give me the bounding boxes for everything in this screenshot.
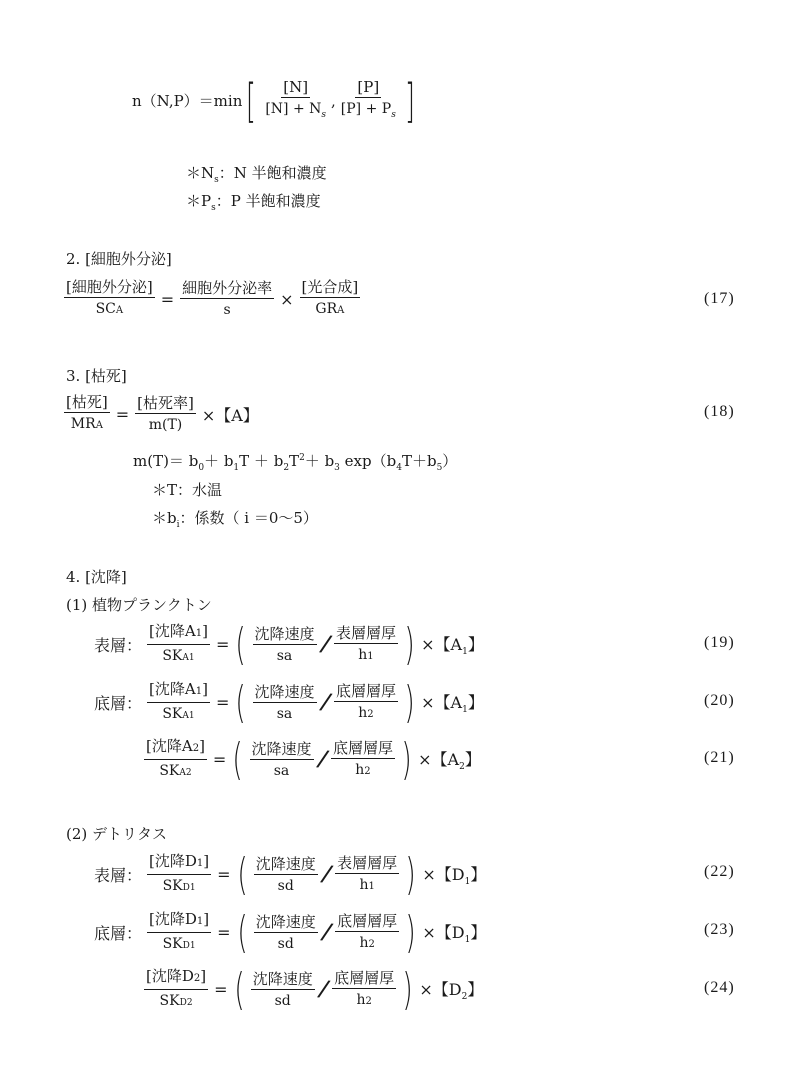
equation-min-nutrient: n（N,P）＝min [ [N] [N] + Ns , [P] [P] + Ps…	[132, 78, 419, 124]
equation-19: 表層： [沈降A1]SKA1 =( 沈降速度sa / 表層層厚h1 ) ×【A1…	[94, 622, 487, 667]
equation-24: [沈降D2]SKD2 =( 沈降速度sd / 底層層厚h2 ) ×【D2】	[141, 967, 486, 1012]
equation-number-17: (17)	[704, 290, 735, 308]
section-heading-3: 3. [枯死]	[66, 365, 127, 386]
equation-mT: m(T)＝ b0＋ b1T ＋ b2T2＋ b3 exp（b4T＋b5）	[133, 450, 457, 473]
fraction-n: [N] [N] + Ns	[263, 78, 328, 124]
note-T: ＊T：水温	[152, 479, 222, 500]
left-bracket: [	[246, 81, 256, 121]
equation-17: [細胞外分泌]SCA = 細胞外分泌率s × [光合成]GRA	[64, 278, 363, 320]
section-heading-4: 4. [沈降]	[66, 566, 127, 587]
comma: ,	[331, 92, 336, 110]
equation-21: [沈降A2]SKA2 =( 沈降速度sa / 底層層厚h2 ) ×【A2】	[141, 737, 484, 782]
subsection-heading-phytoplankton: (1) 植物プランクトン	[66, 594, 212, 615]
note-bi: ＊bi：係数（ i ＝0〜5）	[152, 507, 318, 530]
section-heading-2: 2. [細胞外分泌]	[66, 248, 172, 269]
equation-number-21: (21)	[704, 749, 735, 767]
fraction-denominator: [N] + Ns	[263, 98, 328, 124]
equation-number-19: (19)	[704, 634, 735, 652]
equation-number-18: (18)	[704, 403, 735, 421]
eq-lhs: n（N,P）＝min	[132, 90, 242, 111]
equation-18: [枯死]MRA = [枯死率]m(T) ×【A】	[64, 393, 262, 435]
note-ns: ＊Ns：N 半飽和濃度	[186, 162, 327, 185]
equation-number-24: (24)	[704, 979, 735, 997]
fraction-denominator: [P] + Ps	[339, 98, 398, 124]
equation-number-23: (23)	[704, 921, 735, 939]
equation-20: 底層： [沈降A1]SKA1 =( 沈降速度sa / 底層層厚h2 ) ×【A1…	[94, 680, 487, 725]
equation-22: 表層： [沈降D1]SKD1 =( 沈降速度sd / 表層層厚h1 ) ×【D1…	[94, 852, 489, 897]
fraction-p: [P] [P] + Ps	[339, 78, 398, 124]
fraction-numerator: [N]	[281, 78, 310, 98]
fraction-numerator: [P]	[355, 78, 381, 98]
right-bracket: ]	[405, 81, 415, 121]
equation-number-20: (20)	[704, 692, 735, 710]
equation-number-22: (22)	[704, 863, 735, 881]
subsection-heading-detritus: (2) デトリタス	[66, 823, 167, 844]
note-ps: ＊Ps：P 半飽和濃度	[186, 190, 321, 213]
equation-23: 底層： [沈降D1]SKD1 =( 沈降速度sd / 底層層厚h2 ) ×【D1…	[94, 910, 489, 955]
